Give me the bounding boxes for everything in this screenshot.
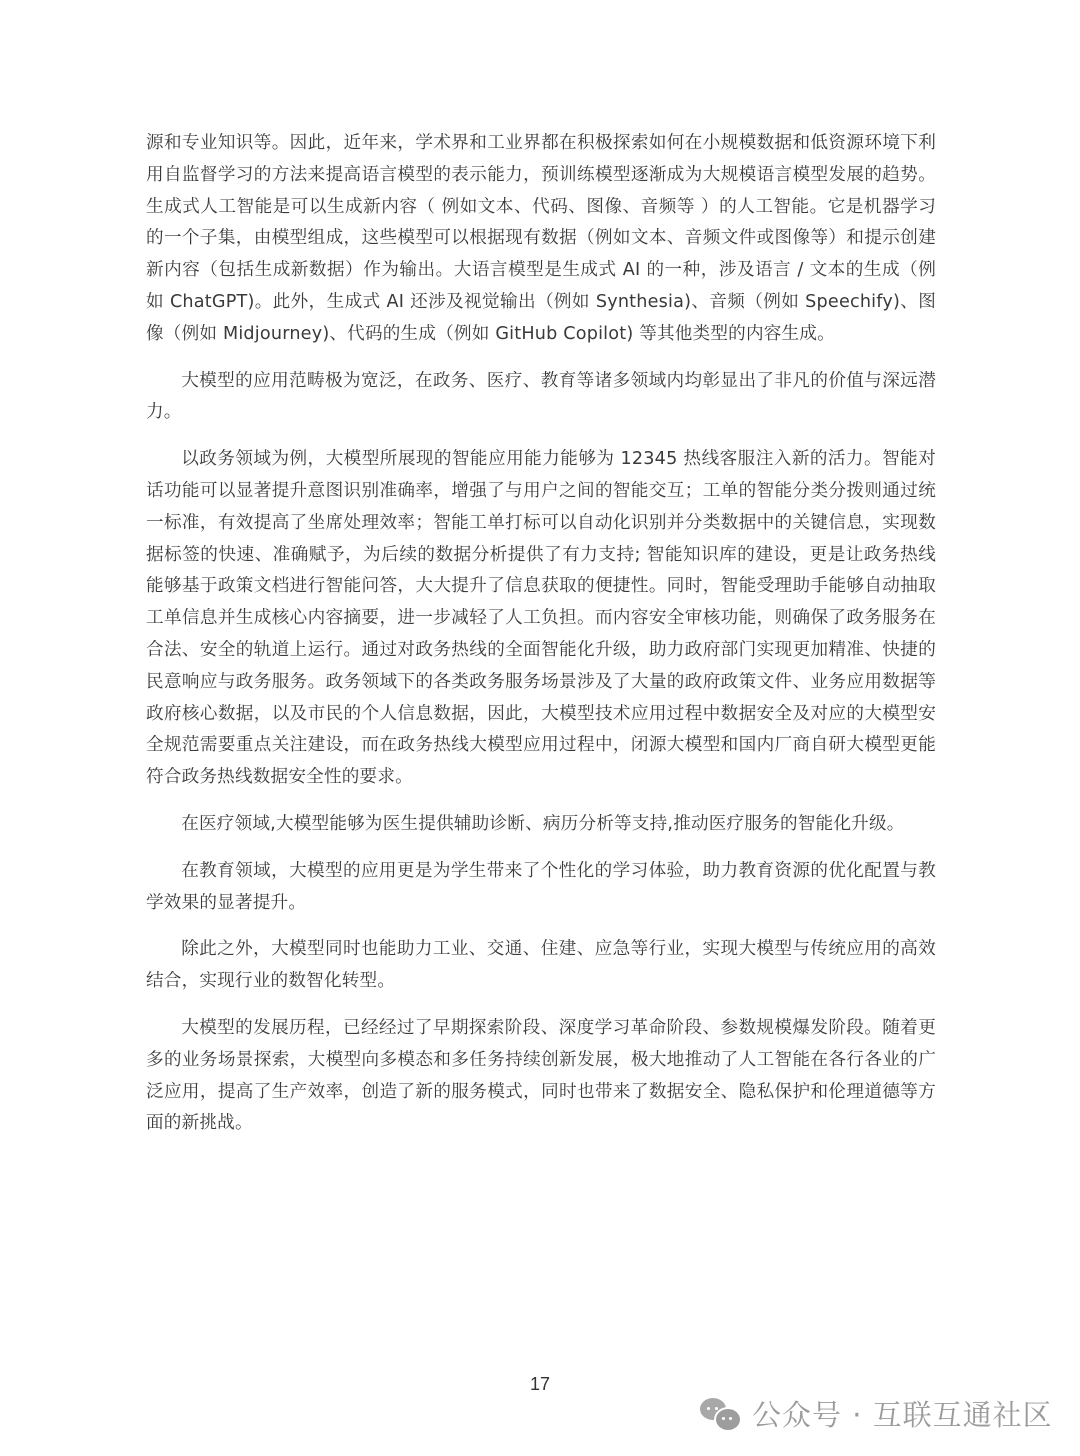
page-number: 17 [0,1374,1080,1395]
paragraph-generative-ai: 源和专业知识等。因此，近年来，学术界和工业界都在积极探索如何在小规模数据和低资源… [146,128,936,351]
watermark: 公众号 · 互联互通社区 [700,1393,1053,1434]
wechat-icon [700,1396,744,1432]
paragraph-medical: 在医疗领域,大模型能够为医生提供辅助诊断、病历分析等支持,推动医疗服务的智能化升… [146,809,936,841]
paragraph-education: 在教育领域，大模型的应用更是为学生带来了个性化的学习体验，助力教育资源的优化配置… [146,856,936,920]
paragraph-development-history: 大模型的发展历程，已经经过了早期探索阶段、深度学习革命阶段、参数规模爆发阶段。随… [146,1013,936,1140]
document-body: 源和专业知识等。因此，近年来，学术界和工业界都在积极探索如何在小规模数据和低资源… [146,128,936,1155]
paragraph-other-industries: 除此之外，大模型同时也能助力工业、交通、住建、应急等行业，实现大模型与传统应用的… [146,934,936,998]
paragraph-government: 以政务领域为例，大模型所展现的智能应用能力能够为 12345 热线客服注入新的活… [146,444,936,794]
watermark-text: 公众号 · 互联互通社区 [752,1393,1053,1434]
paragraph-applications: 大模型的应用范畴极为宽泛，在政务、医疗、教育等诸多领域内均彰显出了非凡的价值与深… [146,366,936,430]
